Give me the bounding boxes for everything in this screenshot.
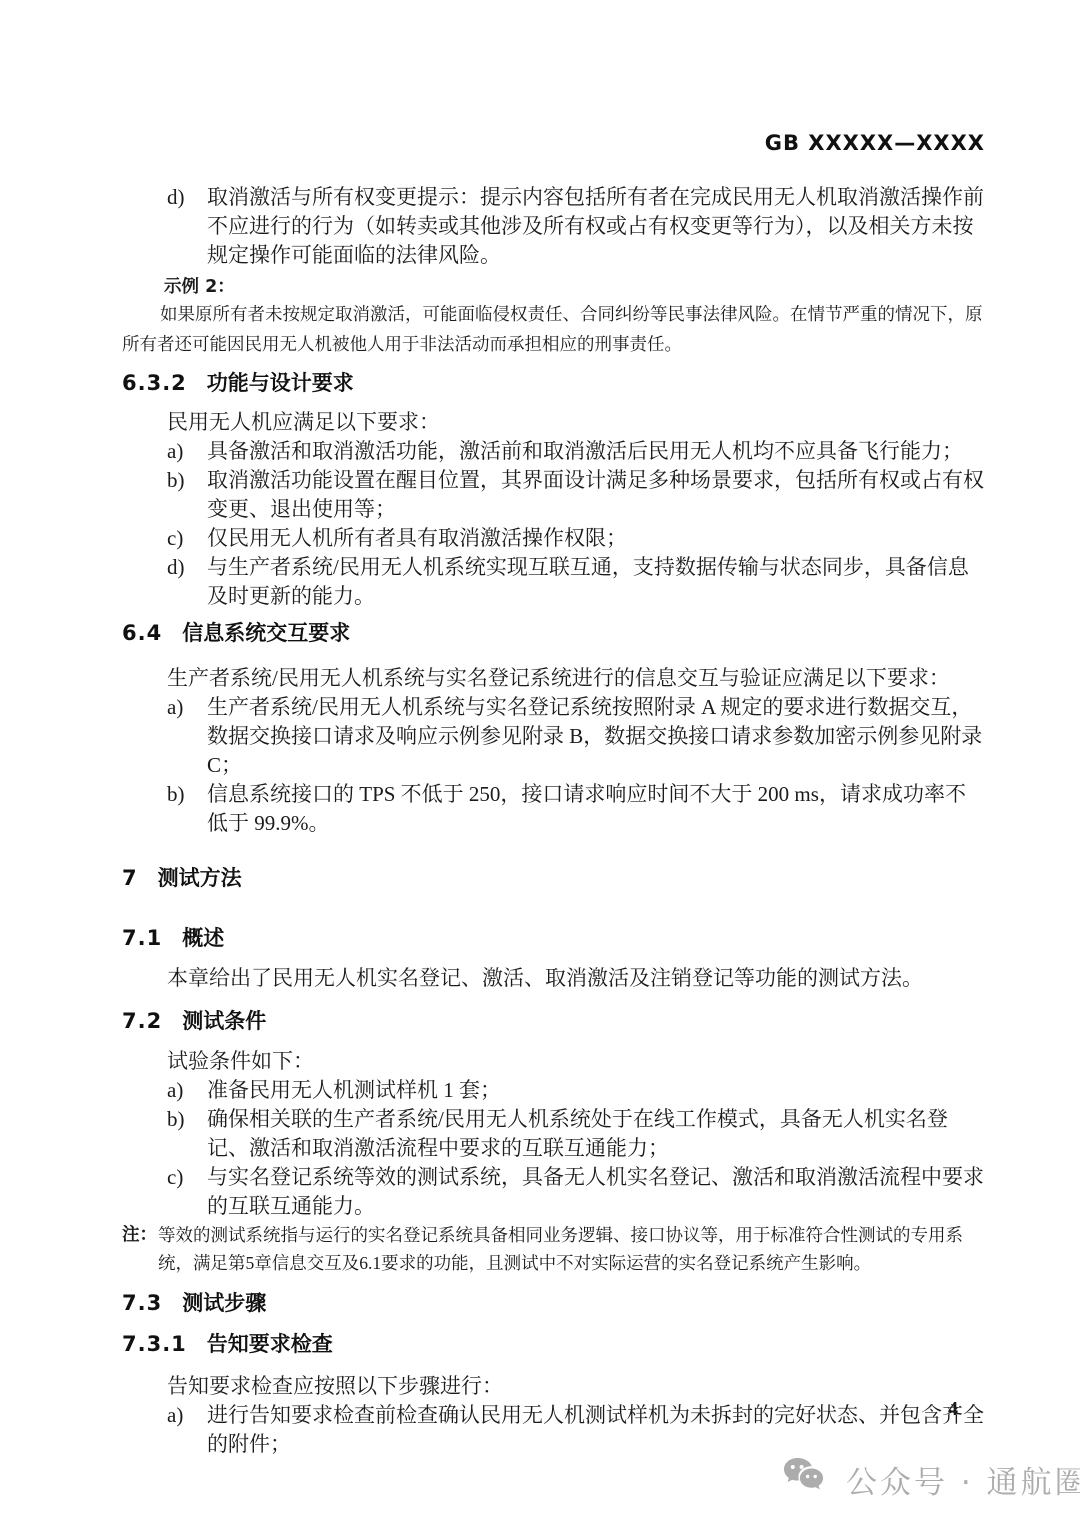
wechat-icon xyxy=(782,1456,832,1503)
section-title: 测试方法 xyxy=(158,866,242,890)
section-heading-6-3-2: 6.3.2功能与设计要求 xyxy=(122,369,985,398)
document-page: GB XXXXX—XXXX d) 取消激活与所有权变更提示：提示内容包括所有者在… xyxy=(0,0,1080,1527)
list-item: a) 准备民用无人机测试样机 1 套； xyxy=(167,1076,985,1105)
list-item-text: 信息系统接口的 TPS 不低于 250，接口请求响应时间不大于 200 ms，请… xyxy=(207,780,985,838)
section-title: 告知要求检查 xyxy=(207,1332,333,1356)
section-title: 测试步骤 xyxy=(182,1291,266,1315)
list-item: d) 取消激活与所有权变更提示：提示内容包括所有者在完成民用无人机取消激活操作前… xyxy=(167,183,985,270)
section-intro: 民用无人机应满足以下要求： xyxy=(122,408,985,437)
section-title: 信息系统交互要求 xyxy=(182,621,350,645)
list-item: b) 确保相关联的生产者系统/民用无人机系统处于在线工作模式，具备无人机实名登记… xyxy=(167,1105,985,1163)
chapter-heading-7: 7测试方法 xyxy=(122,864,985,893)
section-heading-7-3-1: 7.3.1告知要求检查 xyxy=(122,1330,985,1359)
list-item-label: c) xyxy=(167,1163,207,1221)
list-item-label: a) xyxy=(167,1076,207,1105)
section-number: 7.2 xyxy=(122,1009,162,1033)
list-item-label: a) xyxy=(167,693,207,780)
document-content: d) 取消激活与所有权变更提示：提示内容包括所有者在完成民用无人机取消激活操作前… xyxy=(122,183,985,1459)
section-number: 7.1 xyxy=(122,926,162,950)
list-item-label: c) xyxy=(167,524,207,553)
section-number: 6.3.2 xyxy=(122,371,187,395)
section-heading-7-2: 7.2测试条件 xyxy=(122,1007,985,1036)
section-number: 7 xyxy=(122,866,138,890)
list-item-label: a) xyxy=(167,437,207,466)
list-item-text: 进行告知要求检查前检查确认民用无人机测试样机为未拆封的完好状态、并包含齐全的附件… xyxy=(207,1401,985,1459)
section-heading-7-3: 7.3测试步骤 xyxy=(122,1289,985,1318)
section-intro: 试验条件如下： xyxy=(122,1047,985,1076)
ordered-list: a) 进行告知要求检查前检查确认民用无人机测试样机为未拆封的完好状态、并包含齐全… xyxy=(167,1401,985,1459)
list-item: b) 信息系统接口的 TPS 不低于 250，接口请求响应时间不大于 200 m… xyxy=(167,780,985,838)
list-item-text: 准备民用无人机测试样机 1 套； xyxy=(207,1076,985,1105)
list-item: b) 取消激活功能设置在醒目位置，其界面设计满足多种场景要求，包括所有权或占有权… xyxy=(167,466,985,524)
list-item: d) 与生产者系统/民用无人机系统实现互联互通，支持数据传输与状态同步，具备信息… xyxy=(167,553,985,611)
section-intro: 生产者系统/民用无人机系统与实名登记系统进行的信息交互与验证应满足以下要求： xyxy=(122,664,985,693)
note: 注： 等效的测试系统指与运行的实名登记系统具备相同业务逻辑、接口协议等，用于标准… xyxy=(122,1221,985,1277)
section-heading-7-1: 7.1概述 xyxy=(122,924,985,953)
list-item: a) 具备激活和取消激活功能，激活前和取消激活后民用无人机均不应具备飞行能力； xyxy=(167,437,985,466)
list-item-text: 仅民用无人机所有者具有取消激活操作权限； xyxy=(207,524,985,553)
note-label: 注： xyxy=(122,1221,158,1277)
list-item-text: 与实名登记系统等效的测试系统，具备无人机实名登记、激活和取消激活流程中要求的互联… xyxy=(207,1163,985,1221)
list-item-label: b) xyxy=(167,1105,207,1163)
list-item-label: b) xyxy=(167,780,207,838)
watermark-text: 公众号 · 通航圈 xyxy=(846,1457,1080,1502)
example-label: 示例 2： xyxy=(164,275,985,299)
list-item-label: a) xyxy=(167,1401,207,1459)
list-item-text: 具备激活和取消激活功能，激活前和取消激活后民用无人机均不应具备飞行能力； xyxy=(207,437,985,466)
list-item-text: 取消激活与所有权变更提示：提示内容包括所有者在完成民用无人机取消激活操作前不应进… xyxy=(207,183,985,270)
list-item-text: 生产者系统/民用无人机系统与实名登记系统按照附录 A 规定的要求进行数据交互，数… xyxy=(207,693,985,780)
ordered-list: a) 具备激活和取消激活功能，激活前和取消激活后民用无人机均不应具备飞行能力； … xyxy=(167,437,985,611)
note-text: 等效的测试系统指与运行的实名登记系统具备相同业务逻辑、接口协议等，用于标准符合性… xyxy=(158,1221,985,1277)
section-paragraph: 本章给出了民用无人机实名登记、激活、取消激活及注销登记等功能的测试方法。 xyxy=(122,964,985,993)
ordered-list: a) 生产者系统/民用无人机系统与实名登记系统按照附录 A 规定的要求进行数据交… xyxy=(167,693,985,838)
section-number: 6.4 xyxy=(122,621,162,645)
list-item-label: d) xyxy=(167,553,207,611)
list-item: a) 进行告知要求检查前检查确认民用无人机测试样机为未拆封的完好状态、并包含齐全… xyxy=(167,1401,985,1459)
list-item-label: b) xyxy=(167,466,207,524)
list-item: c) 与实名登记系统等效的测试系统，具备无人机实名登记、激活和取消激活流程中要求… xyxy=(167,1163,985,1221)
doc-code-header: GB XXXXX—XXXX xyxy=(765,131,985,155)
list-item-label: d) xyxy=(167,183,207,270)
section-heading-6-4: 6.4信息系统交互要求 xyxy=(122,619,985,648)
section-title: 测试条件 xyxy=(182,1009,266,1033)
list-item-text: 与生产者系统/民用无人机系统实现互联互通，支持数据传输与状态同步，具备信息及时更… xyxy=(207,553,985,611)
section-title: 概述 xyxy=(182,926,224,950)
page-number: 4 xyxy=(948,1398,958,1421)
footer-watermark: 公众号 · 通航圈 xyxy=(782,1456,1080,1503)
list-item: c) 仅民用无人机所有者具有取消激活操作权限； xyxy=(167,524,985,553)
section-intro: 告知要求检查应按照以下步骤进行： xyxy=(122,1372,985,1401)
list-item-text: 确保相关联的生产者系统/民用无人机系统处于在线工作模式，具备无人机实名登记、激活… xyxy=(207,1105,985,1163)
section-number: 7.3 xyxy=(122,1291,162,1315)
example-text: 如果原所有者未按规定取消激活，可能面临侵权责任、合同纠纷等民事法律风险。在情节严… xyxy=(122,299,985,359)
list-item-text: 取消激活功能设置在醒目位置，其界面设计满足多种场景要求，包括所有权或占有权变更、… xyxy=(207,466,985,524)
section-number: 7.3.1 xyxy=(122,1332,187,1356)
section-title: 功能与设计要求 xyxy=(207,371,354,395)
list-item: a) 生产者系统/民用无人机系统与实名登记系统按照附录 A 规定的要求进行数据交… xyxy=(167,693,985,780)
ordered-list: a) 准备民用无人机测试样机 1 套； b) 确保相关联的生产者系统/民用无人机… xyxy=(167,1076,985,1221)
